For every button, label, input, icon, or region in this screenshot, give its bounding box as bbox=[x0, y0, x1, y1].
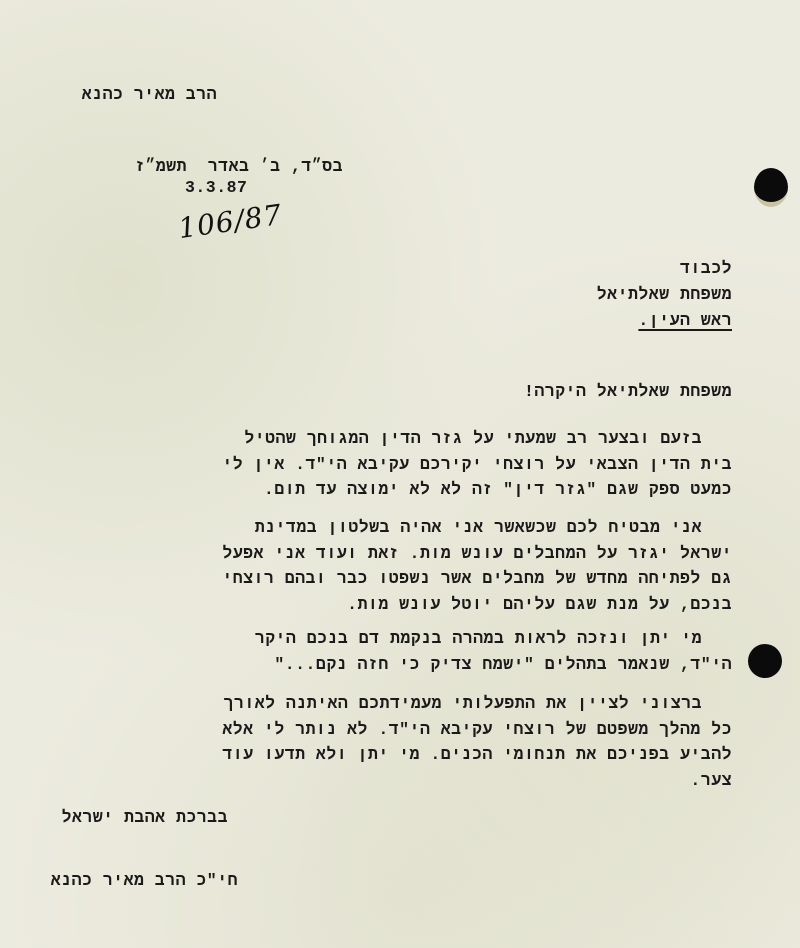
recipient-salutation: לכבוד bbox=[680, 259, 732, 279]
sender-name: הרב מאיר כהנא bbox=[82, 85, 217, 105]
recipient-place: ראש העין. bbox=[638, 311, 732, 331]
paragraph-line: הי"ד, שנאמר בתהלים "ישמח צדיק כי חזה נקם… bbox=[82, 652, 732, 678]
recipient-name: משפחת שאלתיאל bbox=[597, 285, 732, 305]
punch-hole-top bbox=[754, 168, 788, 207]
paragraph-4: ברצוני לציין את התפעלותי מעמידתכם האיתנה… bbox=[82, 691, 732, 793]
paragraph-3: מי יתן ונזכה לראות במהרה בנקמת דם בנכם ה… bbox=[82, 626, 732, 677]
paragraph-line: בנכם, על מנת שגם עליהם יוטל עונש מות. bbox=[82, 592, 732, 618]
paragraph-line: להביע בפניכם את תנחומי הכנים. מי יתן ולא… bbox=[82, 742, 732, 768]
closing: בברכת אהבת ישראל bbox=[62, 808, 228, 828]
paragraph-line: ברצוני לציין את התפעלותי מעמידתכם האיתנה… bbox=[82, 691, 732, 717]
paragraph-line: כמעט ספק שגם "גזר דין" זה לא לא ימוצה עד… bbox=[82, 477, 732, 503]
paragraph-line: בזעם ובצער רב שמעתי על גזר הדין המגוחך ש… bbox=[82, 426, 732, 452]
paragraph-line: מי יתן ונזכה לראות במהרה בנקמת דם בנכם ה… bbox=[82, 626, 732, 652]
punch-hole-bottom bbox=[748, 644, 782, 678]
paragraph-line: אני מבטיח לכם שכשאשר אני אהיה בשלטון במד… bbox=[82, 515, 732, 541]
paragraph-line: צער. bbox=[82, 768, 732, 794]
paragraph-line: גם לפתיחה מחדש של מחבלים אשר נשפטו כבר ו… bbox=[82, 566, 732, 592]
handwritten-reference: 106/87 bbox=[176, 198, 284, 245]
greeting: משפחת שאלתיאל היקרה! bbox=[524, 382, 732, 402]
signature: חי"כ הרב מאיר כהנא bbox=[51, 871, 238, 891]
hebrew-date: בס״ד, ב׳ באדר תשמ״ז bbox=[135, 157, 343, 177]
paragraph-1: בזעם ובצער רב שמעתי על גזר הדין המגוחך ש… bbox=[82, 426, 732, 503]
paragraph-line: ישראל יגזר על המחבלים עונש מות. זאת ועוד… bbox=[82, 541, 732, 567]
paragraph-2: אני מבטיח לכם שכשאשר אני אהיה בשלטון במד… bbox=[82, 515, 732, 617]
gregorian-date: 3.3.87 bbox=[185, 178, 247, 198]
paragraph-line: כל מהלך משפטם של רוצחי עקיבא הי"ד. לא נו… bbox=[82, 717, 732, 743]
paragraph-line: בית הדין הצבאי על רוצחי יקירכם עקיבא הי"… bbox=[82, 452, 732, 478]
